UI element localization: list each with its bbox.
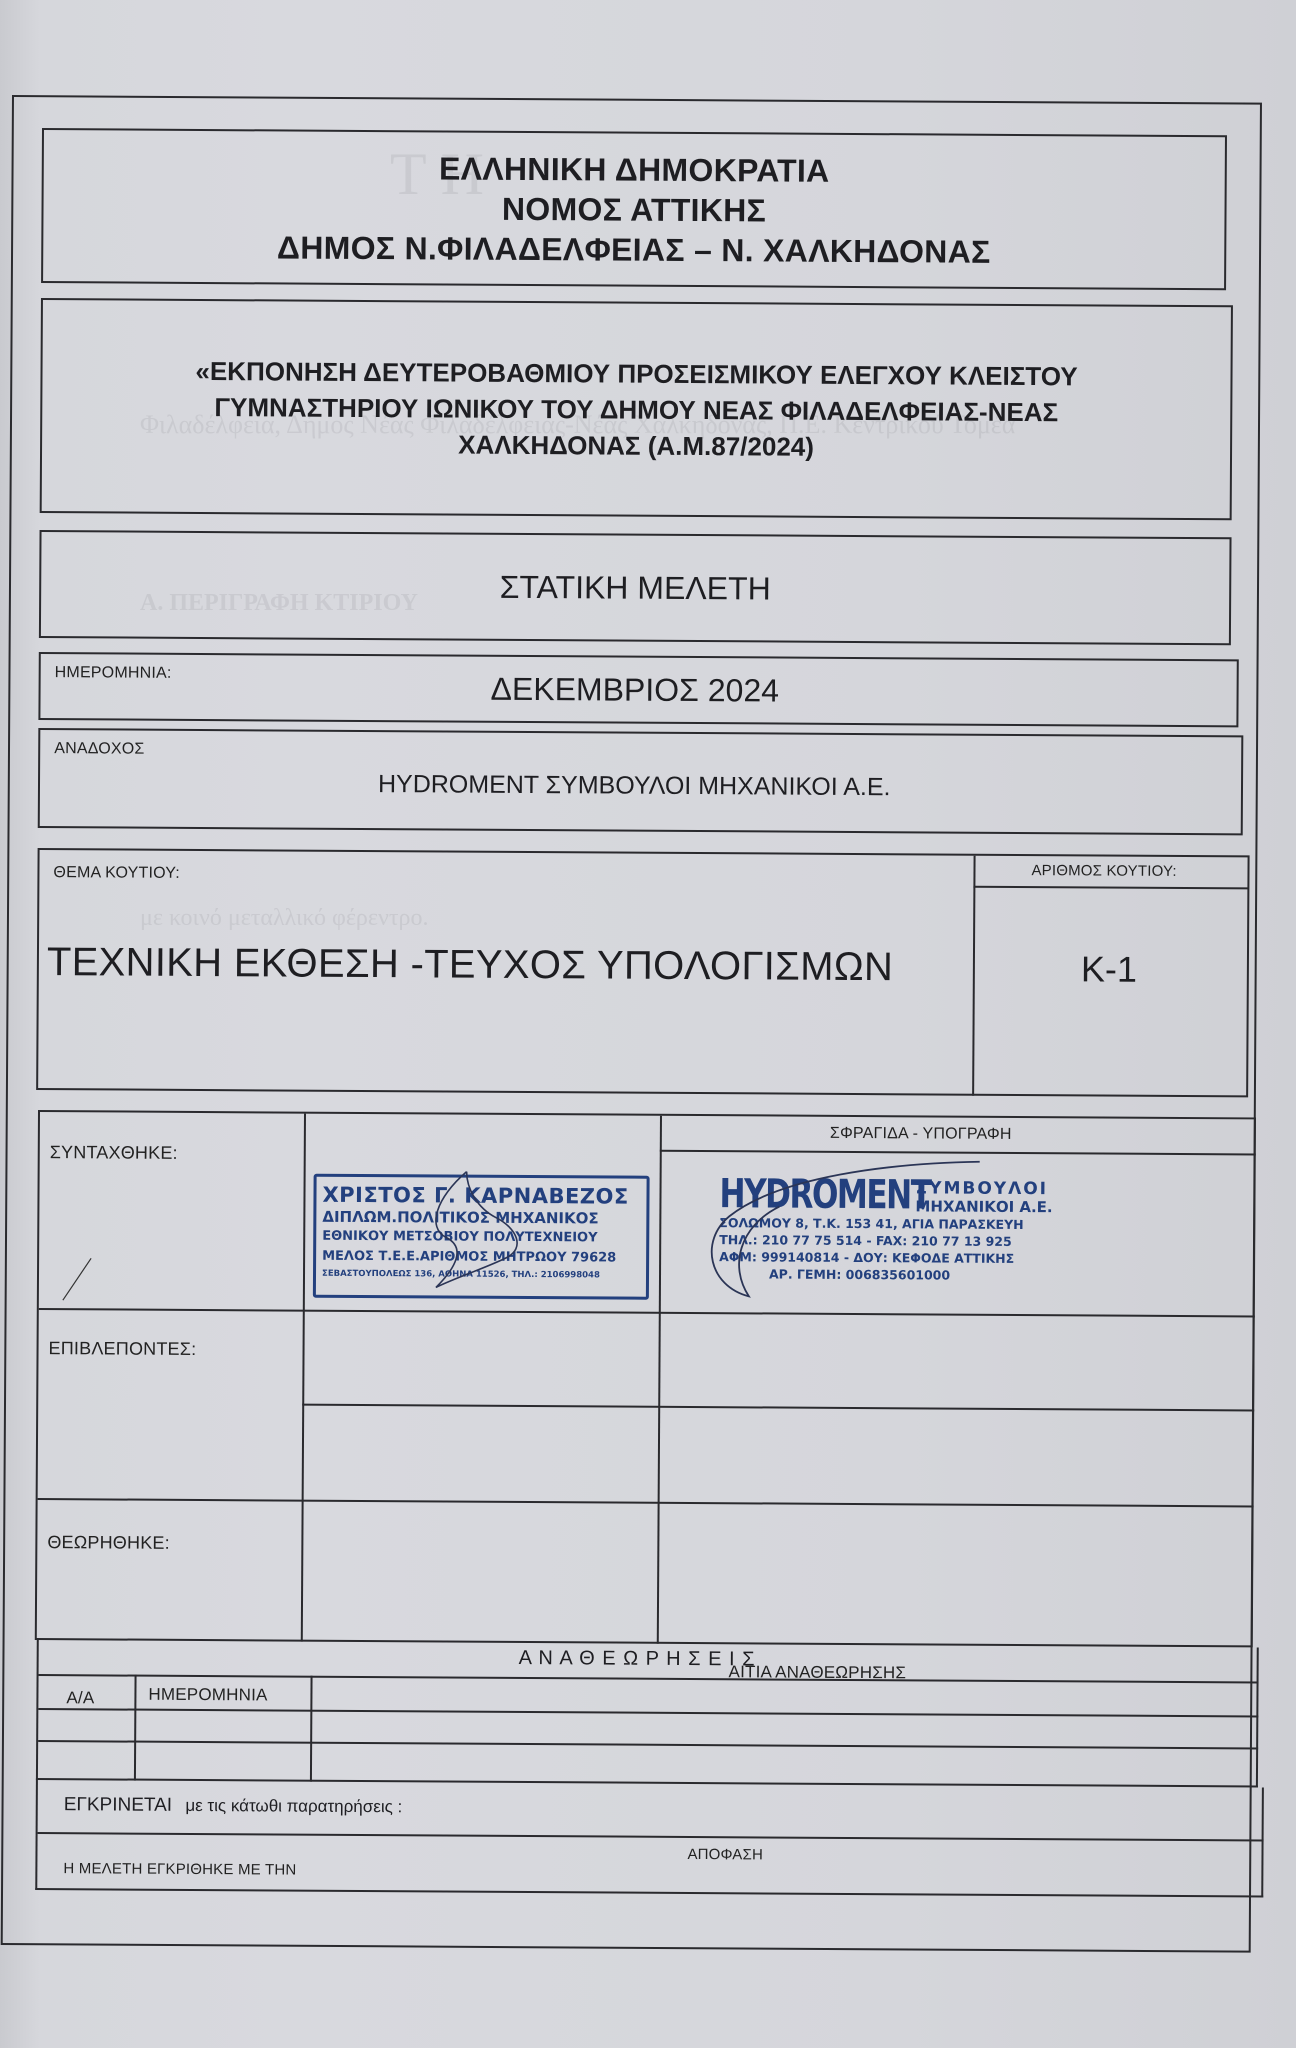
revisions-col-date: ΗΜΕΡΟΜΗΝΙΑ (148, 1685, 267, 1706)
revisions-row-2[interactable] (38, 1742, 1258, 1785)
header-line-2: ΝΟΜΟΣ ΑΤΤΙΚΗΣ (502, 188, 766, 230)
stamp-signature-header: ΣΦΡΑΓΙΔΑ - ΥΠΟΓΡΑΦΗ (830, 1125, 1012, 1144)
project-title-line-3: ΧΑΛΚΗΔΟΝΑΣ (Α.Μ.87/2024) (458, 426, 814, 464)
approval-label: ΕΓΚΡΙΝΕΤΑΙ με τις κάτωθι παρατηρήσεις : (64, 1794, 403, 1818)
sig-stamp-header-divider (660, 1150, 1256, 1156)
box-number-value: Κ-1 (1081, 948, 1137, 990)
box-number-divider (972, 856, 975, 1096)
engineer-signature (396, 1167, 557, 1308)
study-type-box: ΣΤΑΤΙΚΗ ΜΕΛΕΤΗ (39, 530, 1232, 645)
sig-row-divider-1 (39, 1308, 1255, 1317)
approval-box: ΕΓΚΡΙΝΕΤΑΙ με τις κάτωθι παρατηρήσεις : … (35, 1780, 1264, 1897)
sig-col-divider-2 (657, 1116, 662, 1644)
company-stamp: HYDROMENT ΣΥΜΒΟΥΛΟΙ ΜΗΧΑΝΙΚΟΙ Α.Ε. ΣΟΛΩΜ… (719, 1174, 1100, 1296)
contractor-label: ΑΝΑΔΟΧΟΣ (54, 740, 144, 759)
decision-label: ΑΠΟΦΑΣΗ (687, 1846, 763, 1863)
approved-suffix: με τις κάτωθι παρατηρήσεις : (185, 1796, 402, 1816)
sig-row-divider-2 (38, 1498, 1254, 1507)
revisions-col-aa: Α/Α (66, 1688, 94, 1708)
sig-col-divider-1 (301, 1114, 306, 1642)
contractor-box: ΑΝΑΔΟΧΟΣ HYDROMENT ΣΥΜΒΟΥΛΟΙ ΜΗΧΑΝΙΚΟΙ Α… (38, 728, 1244, 835)
box-number-label-divider (973, 886, 1248, 890)
revisions-col-reason: ΑΙΤΙΑ ΑΝΑΘΕΩΡΗΣΗΣ (729, 1662, 907, 1683)
header-line-1: ΕΛΛΗΝΙΚΗ ΔΗΜΟΚΡΑΤΙΑ (439, 148, 830, 190)
approved-with-label: Η ΜΕΛΕΤΗ ΕΓΚΡΙΘΗΚΕ ΜΕ ΤΗΝ (63, 1860, 296, 1878)
project-title-line-1: «ΕΚΠΟΝΗΣΗ ΔΕΥΤΕΡΟΒΑΘΜΙΟΥ ΠΡΟΣΕΙΣΜΙΚΟΥ ΕΛ… (195, 352, 1077, 393)
header-line-3: ΔΗΜΟΣ Ν.ΦΙΛΑΔΕΛΦΕΙΑΣ – Ν. ΧΑΛΚΗΔΟΝΑΣ (277, 227, 991, 271)
revisions-title: Α Ν Α Θ Ε Ω Ρ Η Σ Ε Ι Σ (519, 1647, 756, 1671)
approved-label: ΕΓΚΡΙΝΕΤΑΙ (64, 1794, 172, 1816)
sig-label-supervisors: ΕΠΙΒΛΕΠΟΝΤΕΣ: (48, 1338, 196, 1360)
title-block: ΕΛΛΗΝΙΚΗ ΔΗΜΟΚΡΑΤΙΑ ΝΟΜΟΣ ΑΤΤΙΚΗΣ ΔΗΜΟΣ … (0, 0, 1296, 2048)
project-box: «ΕΚΠΟΝΗΣΗ ΔΕΥΤΕΡΟΒΑΘΜΙΟΥ ΠΡΟΣΕΙΣΜΙΚΟΥ ΕΛ… (40, 298, 1233, 520)
revisions-table: Α Ν Α Θ Ε Ω Ρ Η Σ Ε Ι Σ Α/Α ΗΜΕΡΟΜΗΝΙΑ Α… (36, 1640, 1259, 1787)
box-subject-area: ΘΕΜΑ ΚΟΥΤΙΟΥ: ΤΕΧΝΙΚΗ ΕΚΘΕΣΗ -ΤΕΥΧΟΣ ΥΠΟ… (36, 848, 1249, 1097)
signatures-table: ΣΦΡΑΓΙΔΑ - ΥΠΟΓΡΑΦΗ ΣΥΝΤΑΧΘΗΚΕ: ΕΠΙΒΛΕΠΟ… (35, 1110, 1256, 1647)
contractor-value: HYDROMENT ΣΥΜΒΟΥΛΟΙ ΜΗΧΑΝΙΚΟΙ Α.Ε. (378, 770, 891, 802)
approval-divider (38, 1832, 1264, 1841)
revisions-title-divider (39, 1674, 1259, 1683)
pen-mark (61, 1252, 101, 1302)
sig-subrow-divider (302, 1404, 1254, 1412)
project-title-line-2: ΓΥΜΝΑΣΤΗΡΙΟΥ ΙΩΝΙΚΟΥ ΤΟΥ ΔΗΜΟΥ ΝΕΑΣ ΦΙΛΑ… (214, 389, 1058, 430)
sig-label-endorsed: ΘΕΩΡΗΘΗΚΕ: (47, 1532, 170, 1554)
sig-label-composed: ΣΥΝΤΑΧΘΗΚΕ: (50, 1142, 178, 1164)
date-box: ΗΜΕΡΟΜΗΝΙΑ: ΔΕΚΕΜΒΡΙΟΣ 2024 (38, 652, 1238, 727)
box-number-label: ΑΡΙΘΜΟΣ ΚΟΥΤΙΟΥ: (1031, 862, 1176, 880)
engineer-stamp: ΧΡΙΣΤΟΣ Γ. ΚΑΡΝΑΒΕΖΟΣ ΔΙΠΛΩΜ.ΠΟΛΙΤΙΚΟΣ Μ… (313, 1174, 650, 1300)
header-box: ΕΛΛΗΝΙΚΗ ΔΗΜΟΚΡΑΤΙΑ ΝΟΜΟΣ ΑΤΤΙΚΗΣ ΔΗΜΟΣ … (41, 128, 1227, 290)
date-value: ΔΕΚΕΜΒΡΙΟΣ 2024 (490, 671, 779, 710)
box-subject-label: ΘΕΜΑ ΚΟΥΤΙΟΥ: (53, 864, 180, 883)
date-label: ΗΜΕΡΟΜΗΝΙΑ: (55, 664, 172, 683)
box-subject-value: ΤΕΧΝΙΚΗ ΕΚΘΕΣΗ -ΤΕΥΧΟΣ ΥΠΟΛΟΓΙΣΜΩΝ (47, 940, 894, 990)
study-type: ΣΤΑΤΙΚΗ ΜΕΛΕΤΗ (500, 568, 771, 607)
company-signature (689, 1156, 990, 1318)
